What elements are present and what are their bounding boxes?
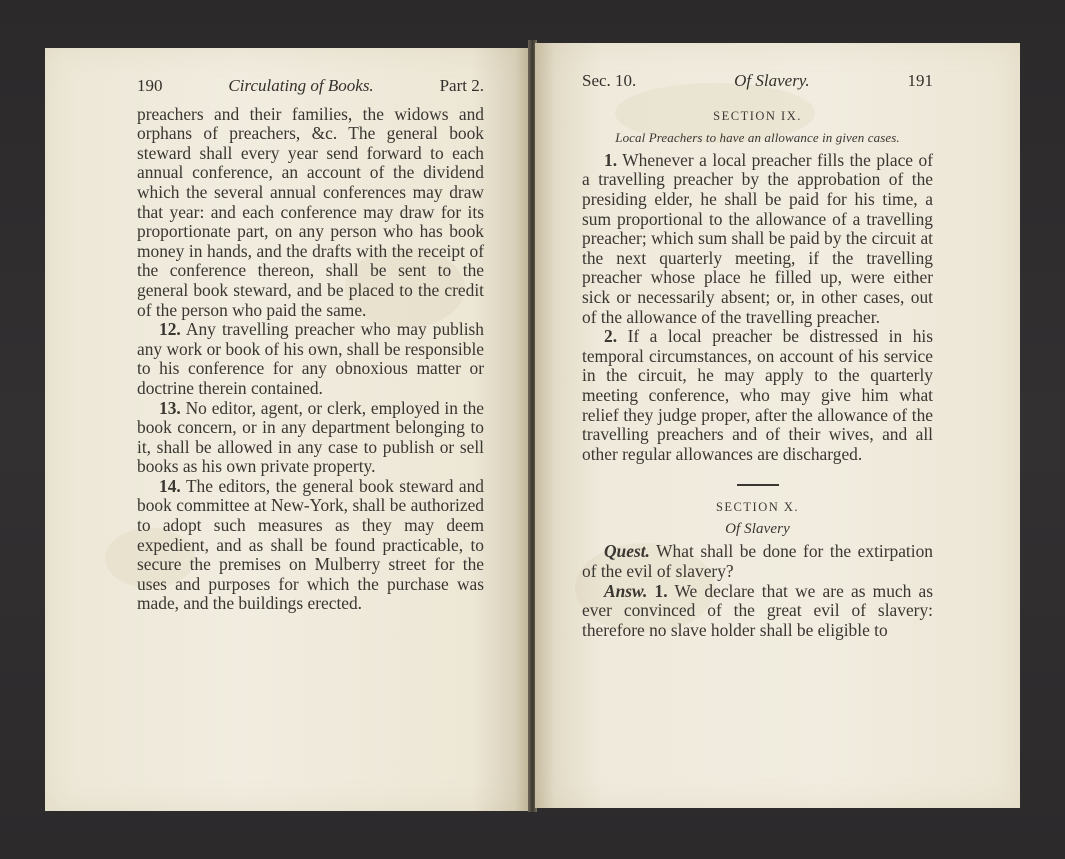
paragraph-number: 13.	[159, 398, 181, 418]
right-page: Sec. 10. Of Slavery. 191 SECTION IX. Loc…	[535, 43, 1020, 808]
paragraph-text: No editor, agent, or clerk, employed in …	[137, 398, 484, 477]
paragraph-number: 14.	[159, 476, 181, 496]
page-number: 191	[908, 71, 934, 91]
section-x-question: Quest. What shall be done for the extirp…	[582, 542, 933, 581]
paragraph-number: 1.	[604, 150, 617, 170]
section-x-subtitle: Of Slavery	[582, 520, 933, 540]
paragraph-12: 12. Any travelling preacher who may publ…	[137, 320, 484, 398]
left-running-head: 190 Circulating of Books. Part 2.	[137, 76, 484, 96]
section-divider	[737, 484, 779, 486]
paragraph-continued: preachers and their families, the widows…	[137, 105, 484, 321]
paragraph-13: 13. No editor, agent, or clerk, employed…	[137, 399, 484, 477]
paragraph-number: 2.	[604, 326, 617, 346]
section-ref: Sec. 10.	[582, 71, 636, 91]
paragraph-text: If a local preacher be distressed in his…	[582, 326, 933, 464]
section-ix-subtitle: Local Preachers to have an allowance in …	[582, 128, 933, 148]
part-label: Part 2.	[440, 76, 484, 96]
paragraph-14: 14. The editors, the general book stewar…	[137, 477, 484, 614]
running-title: Of Slavery.	[734, 71, 810, 91]
left-page-text: 190 Circulating of Books. Part 2. preach…	[137, 76, 484, 614]
answer-label: Answ.	[604, 581, 647, 601]
section-ix-heading: SECTION IX.	[582, 107, 933, 127]
section-ix-paragraph-1: 1. Whenever a local preacher fills the p…	[582, 151, 933, 327]
section-x-answer: Answ. 1. We declare that we are as much …	[582, 582, 933, 641]
page-number: 190	[137, 76, 163, 96]
paragraph-number: 12.	[159, 319, 181, 339]
paragraph-text: Any travelling preacher who may publish …	[137, 319, 484, 398]
scanned-book-spread: 190 Circulating of Books. Part 2. preach…	[0, 0, 1065, 859]
right-running-head: Sec. 10. Of Slavery. 191	[582, 71, 933, 91]
question-label: Quest.	[604, 541, 650, 561]
paragraph-text: Whenever a local preacher fills the plac…	[582, 150, 933, 327]
paragraph-text: The editors, the general book steward an…	[137, 476, 484, 614]
answer-number: 1.	[655, 581, 668, 601]
section-ix-paragraph-2: 2. If a local preacher be distressed in …	[582, 327, 933, 464]
right-page-text: Sec. 10. Of Slavery. 191 SECTION IX. Loc…	[582, 71, 933, 640]
running-title: Circulating of Books.	[228, 76, 373, 96]
section-x-heading: SECTION X.	[582, 498, 933, 518]
left-page: 190 Circulating of Books. Part 2. preach…	[45, 48, 530, 811]
